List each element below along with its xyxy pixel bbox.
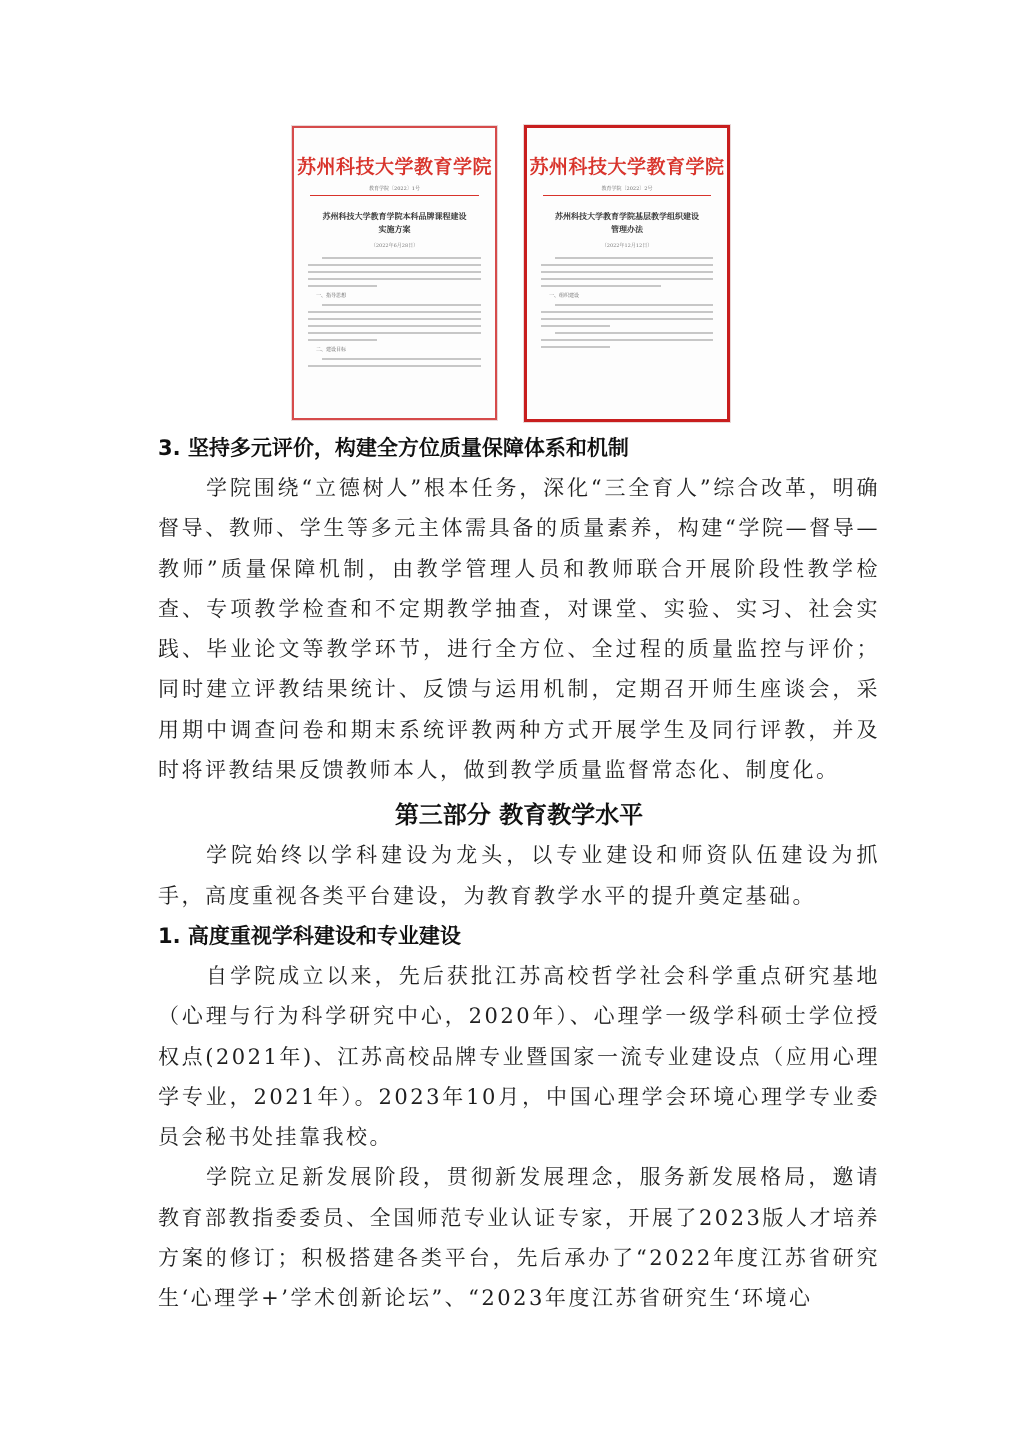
- document-image-teaching-org: 苏州科技大学教育学院 教育学院〔2022〕2号 苏州科技大学教育学院基层教学组织…: [524, 125, 730, 422]
- thumb-title: 苏州科技大学教育学院本科品牌课程建设 实施方案: [294, 210, 495, 236]
- thumb-section: 一、指导思想: [316, 292, 481, 299]
- heading-discipline-building: 1. 高度重视学科建设和专业建设: [158, 916, 880, 956]
- paragraph-achievements: 自学院成立以来，先后获批江苏高校哲学社会科学重点研究基地（心理与行为科学研究中心…: [158, 956, 880, 1157]
- heading-quality-assurance: 3. 坚持多元评价，构建全方位质量保障体系和机制: [158, 428, 880, 468]
- thumb-header: 苏州科技大学教育学院: [527, 152, 727, 179]
- paragraph-quality-assurance: 学院围绕“立德树人”根本任务，深化“三全育人”综合改革，明确督导、教师、学生等多…: [158, 468, 880, 790]
- thumb-date: （2022年12月12日）: [527, 242, 727, 249]
- document-image-course-plan: 苏州科技大学教育学院 教育学院〔2022〕1号 苏州科技大学教育学院本科品牌课程…: [292, 126, 497, 420]
- thumb-title-line: 管理办法: [527, 223, 727, 236]
- thumb-header: 苏州科技大学教育学院: [294, 152, 495, 179]
- thumb-section: 一、组织建设: [549, 292, 713, 299]
- document-figures: 苏州科技大学教育学院 教育学院〔2022〕1号 苏州科技大学教育学院本科品牌课程…: [292, 126, 732, 424]
- paragraph-new-development: 学院立足新发展阶段，贯彻新发展理念，服务新发展格局，邀请教育部教指委委员、全国师…: [158, 1157, 880, 1318]
- thumb-title-line: 苏州科技大学教育学院本科品牌课程建设: [294, 210, 495, 223]
- main-content: 3. 坚持多元评价，构建全方位质量保障体系和机制 学院围绕“立德树人”根本任务，…: [158, 428, 880, 1319]
- thumb-title-line: 苏州科技大学教育学院基层教学组织建设: [527, 210, 727, 223]
- thumb-doc-number: 教育学院〔2022〕1号: [294, 185, 495, 192]
- thumb-body-text: 一、组织建设: [541, 257, 713, 348]
- thumb-doc-number: 教育学院〔2022〕2号: [527, 185, 727, 192]
- section-title-part-three: 第三部分 教育教学水平: [158, 795, 880, 835]
- thumb-section: 二、建设目标: [316, 346, 481, 353]
- thumb-title-line: 实施方案: [294, 223, 495, 236]
- paragraph-section-intro: 学院始终以学科建设为龙头，以专业建设和师资队伍建设为抓手，高度重视各类平台建设，…: [158, 835, 880, 916]
- thumb-date: （2022年6月28日）: [294, 242, 495, 249]
- red-rule-divider: [543, 195, 711, 196]
- red-rule-divider: [310, 195, 479, 196]
- thumb-title: 苏州科技大学教育学院基层教学组织建设 管理办法: [527, 210, 727, 236]
- thumb-body-text: 一、指导思想 二、建设目标: [308, 257, 481, 367]
